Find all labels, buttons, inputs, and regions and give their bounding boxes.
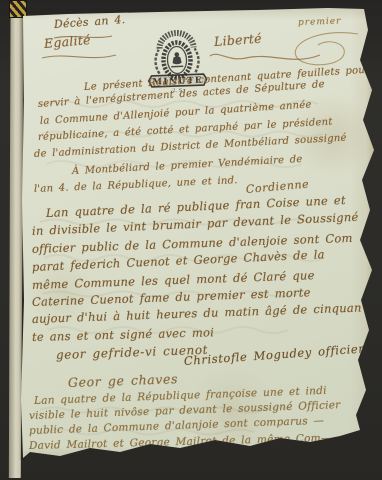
- egalite-motto: Egalité: [43, 32, 91, 51]
- manuscript-line: l'an 4. de la République, une et ind.: [34, 175, 238, 195]
- laurel-right-icon: [195, 48, 199, 72]
- egalite-flourish: [40, 50, 118, 64]
- manuscript-line: À Montbéliard le premier Vendémiaire de: [72, 154, 303, 177]
- scanned-document: Décès an 4. Egalité Liberté premier MI: [0, 0, 382, 480]
- liberte-motto: Liberté: [213, 31, 262, 49]
- corner-marker: [9, 0, 27, 18]
- death-register-note: Décès an 4.: [54, 13, 126, 31]
- signature: Cordienne: [245, 177, 309, 195]
- manuscript-line: te ans et ont signé avec moi: [32, 325, 214, 344]
- laurel-left-icon: [155, 50, 159, 74]
- signature: Geor ge chaves: [68, 371, 178, 390]
- stamp-figure-icon: [174, 52, 179, 57]
- page-number: premier: [298, 16, 342, 28]
- signature: Christofle Mogudey officier public: [184, 338, 382, 368]
- manuscript-page: Décès an 4. Egalité Liberté premier MI: [18, 6, 376, 468]
